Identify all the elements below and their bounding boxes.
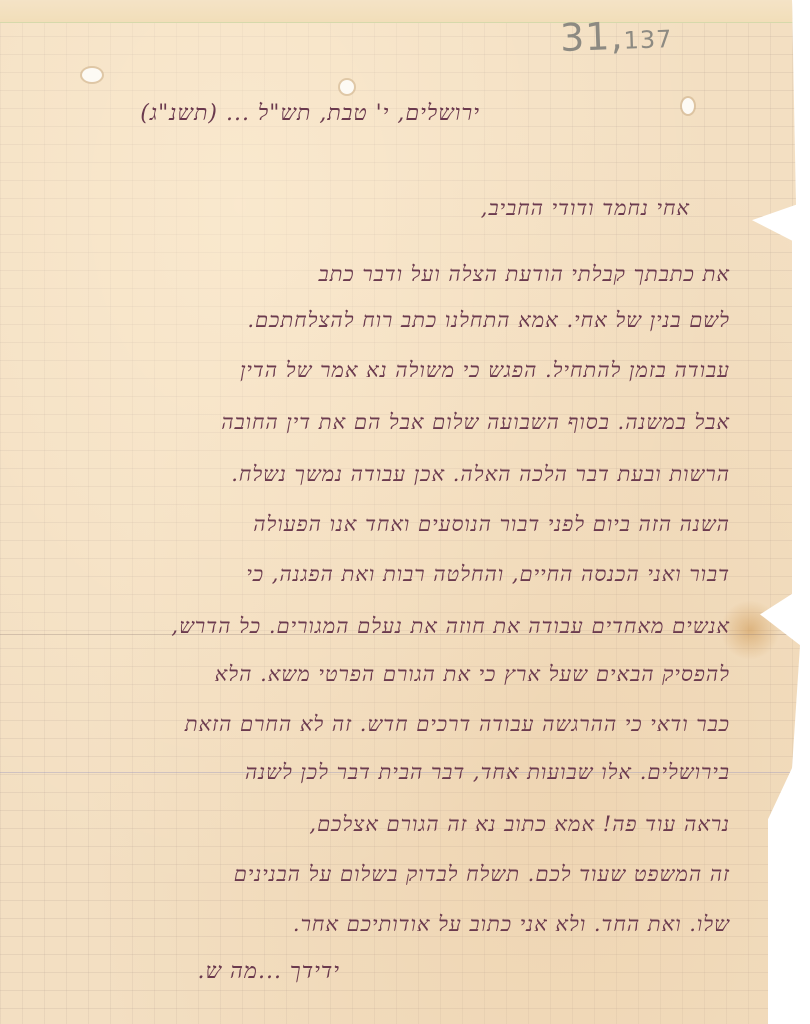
body-line: השנה הזה ביום לפני דבור הנוסעים ואחד אנו… — [253, 512, 730, 537]
signature: ידידך ...מה ש. — [197, 958, 340, 984]
letter-paper: 31,137 ירושלים, י' טבת, תש"ל ... (תשנ"ג)… — [0, 0, 800, 1024]
body-line-with-underline: כבר ודאי כי ההרגשה עבודה דרכים חדש. זה ל… — [185, 712, 730, 737]
letter-date-header: ירושלים, י' טבת, תש"ל ... (תשנ"ג) — [140, 100, 480, 126]
body-line: אנשים מאחדים עבודה את חוזה את נעלם המגור… — [171, 614, 730, 639]
body-line: עבודה בזמן להתחיל. הפגש כי משולה נא אמר … — [240, 358, 730, 383]
archive-number-sub: 137 — [623, 25, 673, 55]
body-line: לשם בנין של אחי. אמא התחלנו כתב רוח להצל… — [247, 308, 730, 333]
body-line: זה המשפט שעוד לכם. תשלח לבדוק בשלום על ה… — [234, 862, 730, 887]
body-line: נראה עוד פה! אמא כתוב נא זה הגורם אצלכם, — [309, 812, 730, 837]
body-line: הרשות ובעת דבר הלכה האלה. אכן עבודה נמשך… — [231, 462, 730, 487]
paper-top-edge — [0, 0, 800, 23]
body-line: אבל במשנה. בסוף השבועה שלום אבל הם את די… — [221, 410, 730, 435]
letter-greeting: אחי נחמד ודודי החביב, — [481, 196, 690, 221]
body-line: שלו. ואת החד. ולא אני כתוב על אודותיכם א… — [293, 912, 730, 937]
body-line: בירושלים. אלו שבועות אחד, דבר הבית דבר ל… — [245, 760, 730, 785]
archive-number: 31,137 — [559, 12, 673, 60]
archive-number-main: 31 — [559, 14, 611, 60]
punch-hole — [82, 68, 102, 82]
body-line: להפסיק הבאים שעל ארץ כי את הגורם הפרטי מ… — [215, 662, 730, 687]
punch-hole — [682, 98, 694, 114]
body-line: דבור ואני הכנסה החיים, והחלטה רבות ואת ה… — [246, 562, 730, 587]
punch-hole — [340, 80, 354, 94]
body-line: את כתבתך קבלתי הודעת הצלה ועל ודבר כתב — [318, 262, 730, 287]
